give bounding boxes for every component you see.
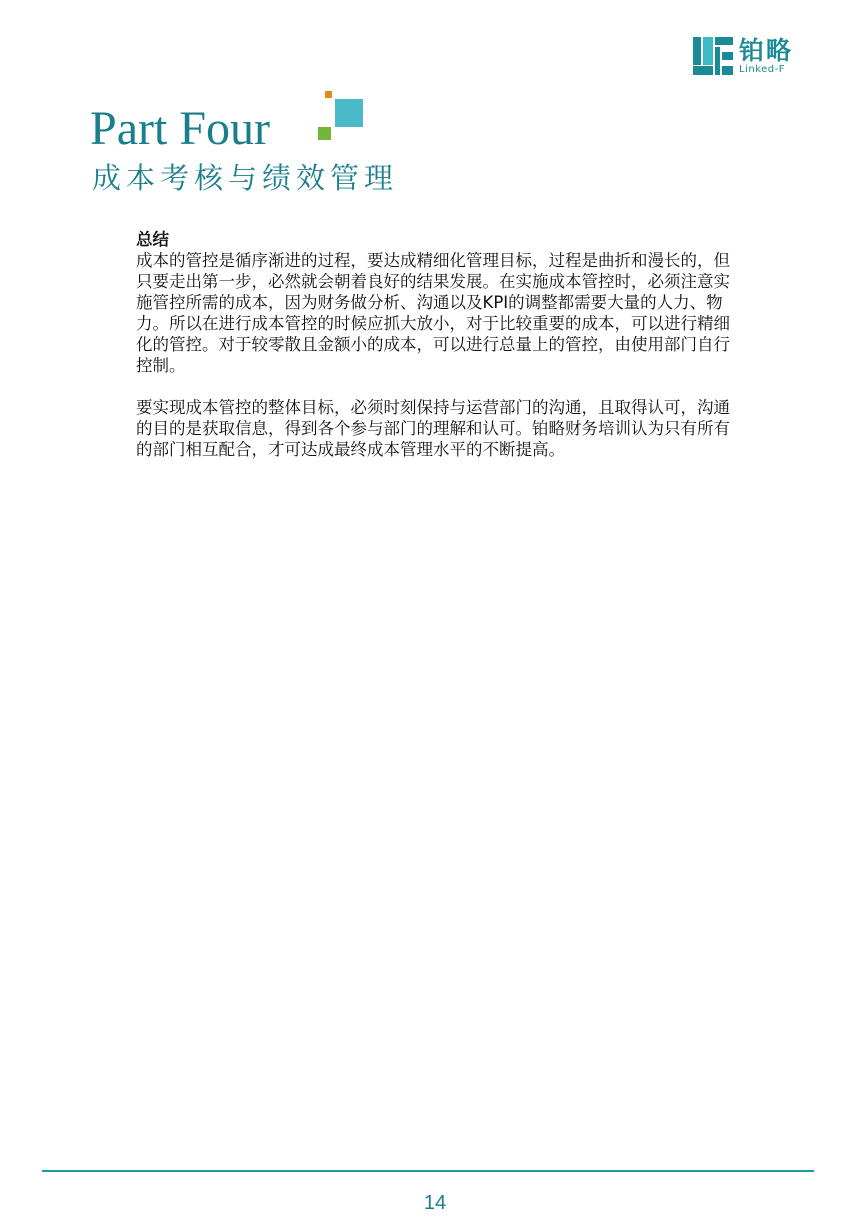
footer-divider bbox=[42, 1170, 814, 1172]
linked-f-logo-icon bbox=[693, 37, 733, 75]
logo-english-name: Linked-F bbox=[739, 64, 793, 75]
page-number: 14 bbox=[0, 1192, 850, 1215]
brand-logo: 铂略 Linked-F bbox=[693, 36, 793, 76]
paragraph: 成本的管控是循序渐进的过程，要达成精细化管理目标，过程是曲折和漫长的，但只要走出… bbox=[136, 250, 736, 376]
body-content: 总结 成本的管控是循序渐进的过程，要达成精细化管理目标，过程是曲折和漫长的，但只… bbox=[136, 229, 736, 460]
decoration-square-teal bbox=[335, 99, 363, 127]
section-title: Part Four bbox=[90, 102, 270, 156]
logo-chinese-name: 铂略 bbox=[739, 38, 793, 64]
decoration-square-orange bbox=[325, 91, 332, 98]
paragraph: 要实现成本管控的整体目标，必须时刻保持与运营部门的沟通，且取得认可，沟通的目的是… bbox=[136, 397, 736, 460]
decoration-square-green bbox=[318, 127, 331, 140]
summary-heading: 总结 bbox=[136, 229, 736, 250]
section-subtitle: 成本考核与绩效管理 bbox=[92, 160, 398, 196]
